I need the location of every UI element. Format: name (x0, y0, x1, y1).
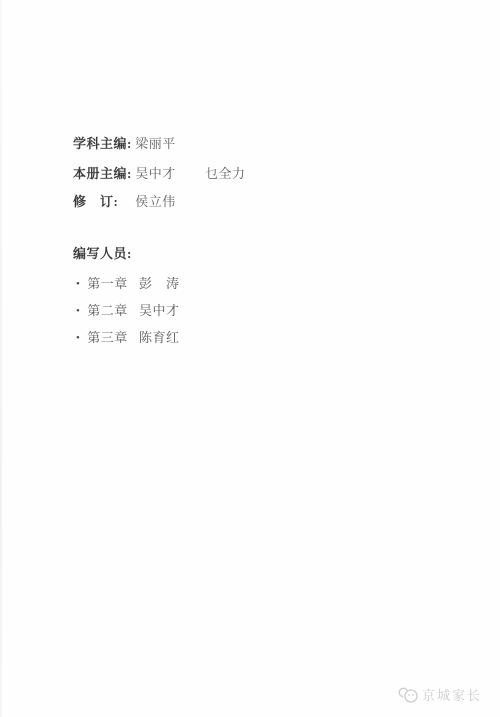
watermark-text: 京城家长 (422, 685, 482, 704)
person-name: 梁丽平 (135, 136, 176, 151)
role-label: 本册主编: (73, 166, 132, 182)
list-item-chapter-3: • 第三章 陈育红 (76, 330, 180, 346)
bullet-icon: • (76, 276, 84, 292)
chapter-label: 第三章 (87, 330, 128, 345)
editor-row-revision: 修 订: 侯立伟 (73, 194, 176, 210)
list-item-chapter-1: • 第一章 彭 涛 (76, 276, 180, 292)
list-item-chapter-2: • 第二章 吴中才 (76, 303, 180, 319)
wechat-account-logo-icon (398, 687, 419, 703)
person-name: 吴中才 (135, 166, 176, 181)
scan-edge-shadow (0, 0, 2, 717)
role-label: 修 订: (73, 194, 132, 210)
person-name: 彭 涛 (139, 276, 180, 291)
person-name: 侯立伟 (135, 194, 176, 209)
editor-row-subject-chief: 学科主编: 梁丽平 (73, 136, 176, 152)
role-label: 学科主编: (73, 136, 132, 152)
chapter-label: 第二章 (87, 303, 128, 318)
watermark: 京城家长 (398, 685, 482, 704)
editor-row-volume-chief: 本册主编: 吴中才 乜全力 (73, 166, 246, 182)
bullet-icon: • (76, 303, 84, 319)
person-name: 吴中才 (139, 303, 180, 318)
contributors-heading: 编写人员: (73, 246, 132, 262)
chapter-label: 第一章 (87, 276, 128, 291)
person-name: 陈育红 (139, 330, 180, 345)
person-name: 乜全力 (205, 166, 246, 181)
scanned-book-page: 学科主编: 梁丽平 本册主编: 吴中才 乜全力 修 订: 侯立伟 编写人员: •… (0, 0, 500, 717)
bullet-icon: • (76, 330, 84, 346)
